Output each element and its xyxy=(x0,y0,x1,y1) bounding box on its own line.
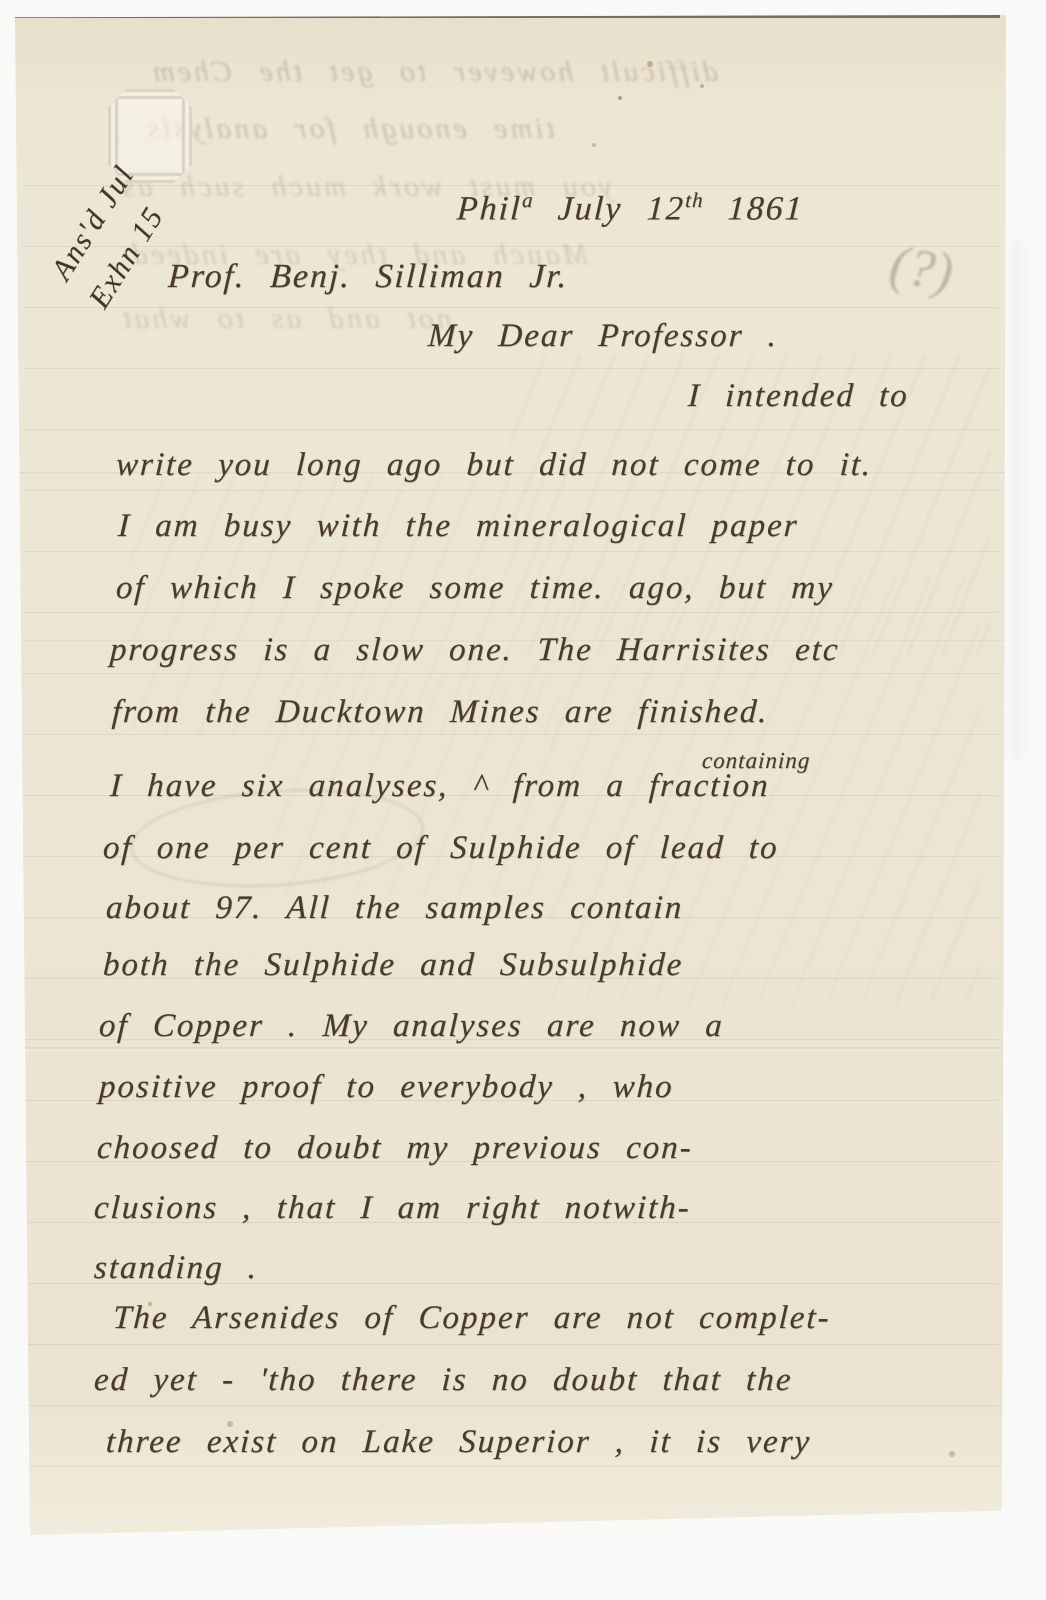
dateline-part: July 12 xyxy=(532,190,686,227)
letter-line: choosed to doubt my previous con- xyxy=(96,1130,694,1167)
bleedthrough-line: not and as to what xyxy=(119,302,452,336)
dateline-part: 1861 xyxy=(702,190,804,227)
letter-line: about 97. All the samples contain xyxy=(105,890,684,927)
letter-line: clusions , that I am right notwith- xyxy=(93,1190,692,1227)
dateline-part: th xyxy=(685,188,705,212)
background-shadow xyxy=(1012,240,1022,760)
fold-crease xyxy=(10,1047,1006,1051)
letter-line: The Arsenides of Copper are not complet- xyxy=(112,1300,832,1337)
letter-line: standing . xyxy=(93,1250,259,1287)
letter-line: both the Sulphide and Subsulphide xyxy=(102,947,684,984)
pencil-question-mark: (?) xyxy=(886,233,957,303)
letter-line: of one per cent of Sulphide of lead to xyxy=(102,830,780,867)
salutation-line: My Dear Professor . xyxy=(427,318,779,355)
recipient-line: Prof. Benj. Silliman Jr. xyxy=(167,258,569,296)
letter-line: I am busy with the mineralogical paper xyxy=(117,508,800,545)
letter-line: positive proof to everybody , who xyxy=(98,1069,675,1106)
photo-background: difficult however to get the Chem time e… xyxy=(0,0,1046,1600)
letter-line: write you long ago but did not come to i… xyxy=(115,447,873,484)
letter-line: progress is a slow one. The Harrisites e… xyxy=(109,632,841,669)
letter-line: of Copper . My analyses are now a xyxy=(98,1008,725,1045)
letter-line: from the Ducktown Mines are finished. xyxy=(111,694,770,731)
paper-top-edge xyxy=(14,15,1000,18)
dateline: Phila July 12th 1861 xyxy=(456,188,805,228)
letter-line: I have six analyses, ^ from a fraction xyxy=(109,768,771,805)
letter-line: I intended to xyxy=(687,378,910,415)
letter-line: three exist on Lake Superior , it is ver… xyxy=(105,1424,812,1461)
foxing-specks xyxy=(618,96,622,100)
dateline-part: Phil xyxy=(456,190,523,227)
letter-line: of which I spoke some time. ago, but my xyxy=(115,570,835,607)
letter-page: difficult however to get the Chem time e… xyxy=(10,15,1006,1535)
letter-line: ed yet - 'tho there is no doubt that the xyxy=(93,1362,793,1399)
